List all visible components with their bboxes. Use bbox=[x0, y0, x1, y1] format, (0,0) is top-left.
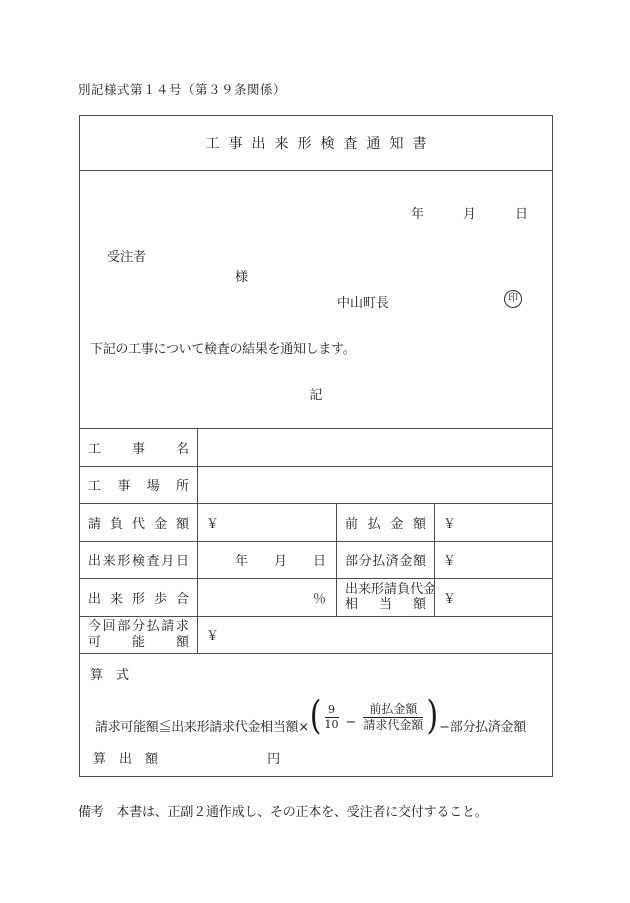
field-partial-paid-amount[interactable]: ￥ bbox=[435, 541, 552, 579]
fraction-denominator: 10 bbox=[325, 717, 339, 732]
label-partial-paid-amount: 部分払済金額 bbox=[337, 541, 435, 579]
field-contract-amount[interactable]: ￥ bbox=[198, 503, 337, 541]
record-marker: 記 bbox=[80, 384, 552, 403]
field-construction-site[interactable] bbox=[198, 466, 552, 504]
field-construction-name[interactable] bbox=[198, 428, 552, 466]
form-box: 工事出来形検査通知書 年 月 日 受注者 様 中山町長 印 下記の工事について検… bbox=[79, 115, 553, 777]
field-advance-payment[interactable]: ￥ bbox=[435, 503, 552, 541]
form-title-row: 工事出来形検査通知書 bbox=[80, 116, 552, 171]
seal-character: 印 bbox=[508, 294, 518, 304]
field-inspection-date[interactable]: 年 月 日 bbox=[198, 541, 337, 579]
label-progress-contract-equivalent: 出来形請負代金 相当額 bbox=[337, 578, 435, 616]
fraction-numerator: 9 bbox=[328, 703, 335, 717]
document-page: 別記様式第１４号（第３９条関係） 工事出来形検査通知書 年 月 日 受注者 様 … bbox=[0, 0, 630, 903]
yen-unit: 円 bbox=[267, 752, 280, 767]
field-partial-payment-claimable[interactable]: ￥ bbox=[198, 616, 552, 654]
formula-lhs: 請求可能額≦出来形請求代金相当額× bbox=[95, 716, 309, 735]
field-progress-contract-equivalent[interactable]: ￥ bbox=[435, 578, 552, 616]
seal-mark-icon: 印 bbox=[504, 290, 522, 308]
formula-rhs: −部分払済金額 bbox=[439, 716, 526, 735]
addressee-label: 受注者 bbox=[107, 246, 146, 265]
label-construction-name: 工事名 bbox=[80, 428, 198, 466]
left-paren: ( bbox=[310, 698, 322, 737]
fraction-numerator: 前払金額 bbox=[369, 702, 417, 717]
field-progress-ratio[interactable]: ％ bbox=[198, 578, 337, 616]
letter-body: 下記の工事について検査の結果を通知します。 bbox=[90, 338, 355, 357]
honorific-sama: 様 bbox=[235, 266, 248, 285]
calculated-amount-label: 算 出 額 bbox=[93, 752, 158, 767]
formula-section-label: 算 式 bbox=[90, 664, 129, 683]
label-advance-payment: 前払金額 bbox=[337, 503, 435, 541]
minus-operator: − bbox=[346, 715, 357, 730]
form-table: 工事名 工事場所 請負代金額 ￥ 前払金額 ￥ 出来形検査月日 年 月 日 bbox=[80, 428, 552, 653]
fraction-denominator: 請求代金額 bbox=[363, 717, 423, 733]
formula-expression: 請求可能額≦出来形請求代金相当額× ( 9 10 − 前払金額 請求代金額 ) … bbox=[95, 686, 526, 748]
remarks-note: 備考 本書は、正副２通作成し、その正本を、受注者に交付すること。 bbox=[78, 801, 488, 820]
label-progress-ratio: 出来形歩合 bbox=[80, 578, 198, 616]
form-title: 工事出来形検査通知書 bbox=[197, 133, 436, 153]
fraction-advance-over-claim: 前払金額 請求代金額 bbox=[363, 702, 423, 733]
label-contract-amount: 請負代金額 bbox=[80, 503, 198, 541]
label-inspection-date: 出来形検査月日 bbox=[80, 541, 198, 579]
label-construction-site: 工事場所 bbox=[80, 466, 198, 504]
fraction-nine-tenths: 9 10 bbox=[325, 703, 339, 732]
calculated-amount-line: 算 出 額 円 bbox=[93, 748, 280, 767]
formula-section: 算 式 請求可能額≦出来形請求代金相当額× ( 9 10 − 前払金額 請求代金… bbox=[80, 653, 552, 776]
date-line[interactable]: 年 月 日 bbox=[80, 203, 552, 222]
right-paren: ) bbox=[426, 698, 438, 737]
label-partial-payment-claimable: 今回部分払請求 可能額 bbox=[80, 616, 198, 654]
sender-mayor: 中山町長 bbox=[337, 292, 389, 311]
form-id-heading: 別記様式第１４号（第３９条関係） bbox=[78, 80, 286, 98]
